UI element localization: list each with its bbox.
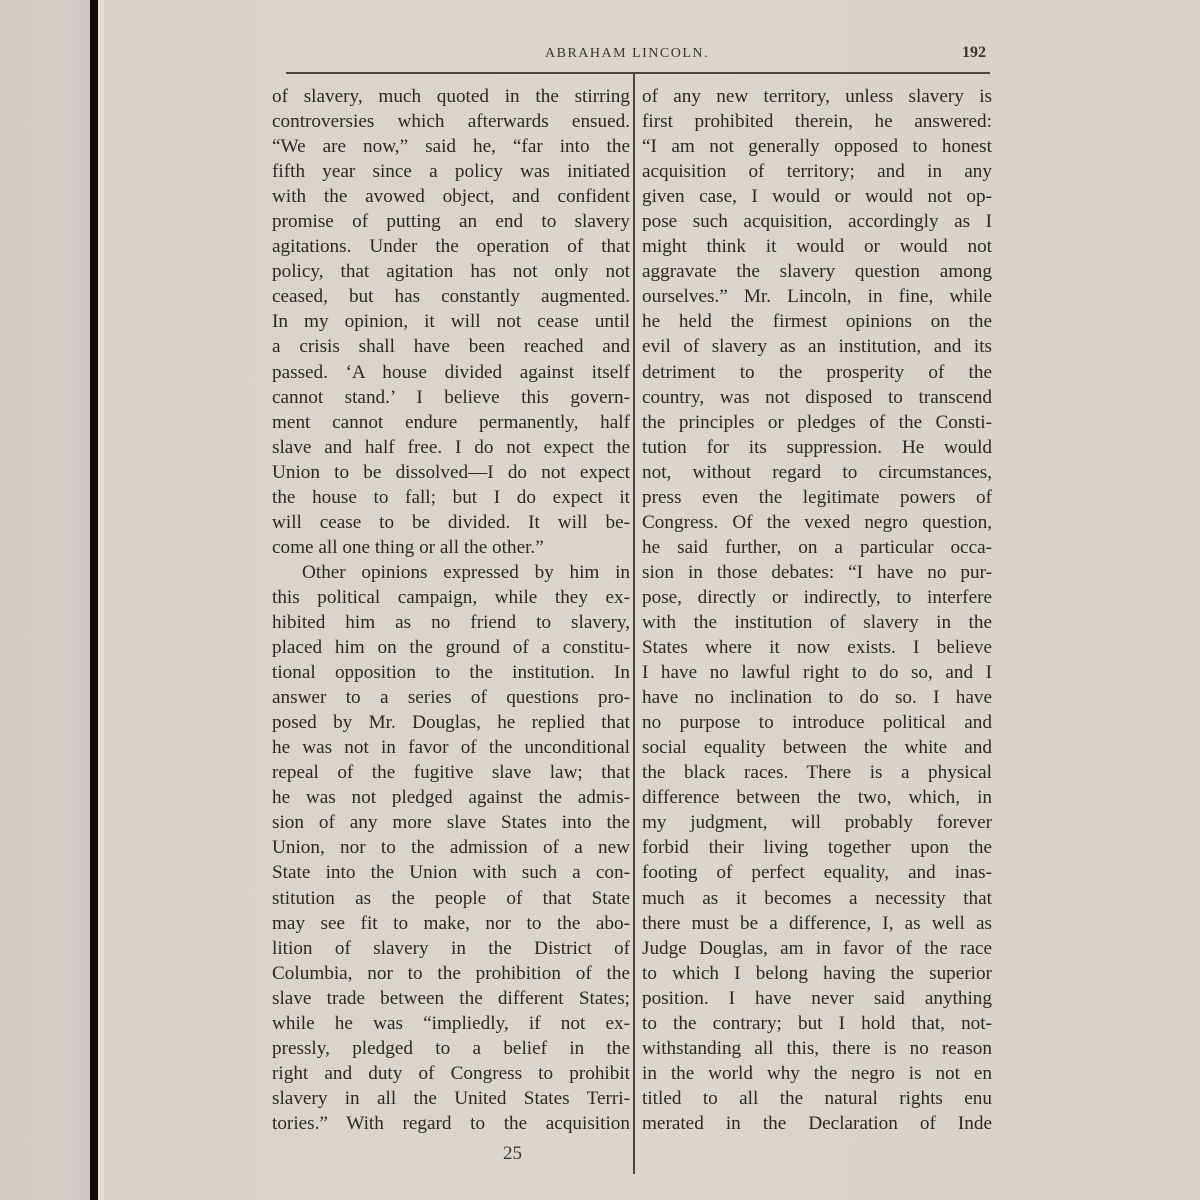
text-line: tories.” With regard to the acquisition [272, 1111, 630, 1136]
text-line: the black races. There is a physical [642, 760, 992, 785]
text-line: he said further, on a particular occa- [642, 535, 992, 560]
text-line: may see fit to make, nor to the abo- [272, 911, 630, 936]
signature-mark: 25 [503, 1143, 522, 1165]
text-line: in the world why the negro is not en [642, 1061, 992, 1086]
text-line: this political campaign, while they ex- [272, 585, 630, 610]
text-line: will cease to be divided. It will be- [272, 510, 630, 535]
text-line: of any new territory, unless slavery is [642, 84, 992, 109]
text-line: footing of perfect equality, and inas- [642, 860, 992, 885]
text-line: States where it now exists. I believe [642, 635, 992, 660]
text-line: posed by Mr. Douglas, he replied that [272, 710, 630, 735]
text-line: Columbia, nor to the prohibition of the [272, 961, 630, 986]
text-line: stitution as the people of that State [272, 886, 630, 911]
text-line: to which I belong having the superior [642, 961, 992, 986]
text-line: the principles or pledges of the Consti- [642, 410, 992, 435]
text-line: first prohibited therein, he answered: [642, 109, 992, 134]
text-line: my judgment, will probably forever [642, 810, 992, 835]
page-number: 192 [962, 44, 986, 62]
text-line: slavery in all the United States Terri- [272, 1086, 630, 1111]
text-line: Congress. Of the vexed negro question, [642, 510, 992, 535]
text-line: sion in those debates: “I have no pur- [642, 560, 992, 585]
text-line: to the contrary; but I hold that, not- [642, 1011, 992, 1036]
text-line: pressly, pledged to a belief in the [272, 1036, 630, 1061]
text-line: controversies which afterwards ensued. [272, 109, 630, 134]
text-line: fifth year since a policy was initiated [272, 159, 630, 184]
text-line: a crisis shall have been reached and [272, 334, 630, 359]
text-line: right and duty of Congress to prohibit [272, 1061, 630, 1086]
text-line: tional opposition to the institution. In [272, 660, 630, 685]
text-line: the house to fall; but I do expect it [272, 485, 630, 510]
running-title: ABRAHAM LINCOLN. [545, 46, 709, 62]
text-line: policy, that agitation has not only not [272, 259, 630, 284]
text-line: evil of slavery as an institution, and i… [642, 334, 992, 359]
text-line: placed him on the ground of a constitu- [272, 635, 630, 660]
header-rule [286, 72, 990, 74]
text-line: promise of putting an end to slavery [272, 209, 630, 234]
text-line: not, without regard to circumstances, [642, 460, 992, 485]
text-line: position. I have never said anything [642, 986, 992, 1011]
text-line: State into the Union with such a con- [272, 860, 630, 885]
text-line: come all one thing or all the other.” [272, 535, 630, 560]
text-line: he was not in favor of the unconditional [272, 735, 630, 760]
text-line: hibited him as no friend to slavery, [272, 610, 630, 635]
text-line: country, was not disposed to transcend [642, 385, 992, 410]
book-gutter [90, 0, 98, 1200]
text-line: no purpose to introduce political and [642, 710, 992, 735]
text-line: agitations. Under the operation of that [272, 234, 630, 259]
facing-page-margin [0, 0, 92, 1200]
text-column-left: of slavery, much quoted in the stirringc… [272, 84, 630, 1136]
text-line: detriment to the prosperity of the [642, 360, 992, 385]
column-divider [633, 74, 635, 1174]
text-line: Other opinions expressed by him in [272, 560, 630, 585]
text-line: ceased, but has constantly augmented. [272, 284, 630, 309]
text-line: withstanding all this, there is no reaso… [642, 1036, 992, 1061]
text-line: ment cannot endure permanently, half [272, 410, 630, 435]
text-line: ourselves.” Mr. Lincoln, in fine, while [642, 284, 992, 309]
text-line: given case, I would or would not op- [642, 184, 992, 209]
text-line: he held the firmest opinions on the [642, 309, 992, 334]
text-line: Union to be dissolved—I do not expect [272, 460, 630, 485]
text-column-right: of any new territory, unless slavery isf… [642, 84, 992, 1136]
text-line: I have no lawful right to do so, and I [642, 660, 992, 685]
text-line: aggravate the slavery question among [642, 259, 992, 284]
text-line: Union, nor to the admission of a new [272, 835, 630, 860]
text-line: tution for its suppression. He would [642, 435, 992, 460]
text-line: passed. ‘A house divided against itself [272, 360, 630, 385]
text-line: repeal of the fugitive slave law; that [272, 760, 630, 785]
text-line: while he was “impliedly, if not ex- [272, 1011, 630, 1036]
text-line: sion of any more slave States into the [272, 810, 630, 835]
text-line: with the institution of slavery in the [642, 610, 992, 635]
text-line: lition of slavery in the District of [272, 936, 630, 961]
text-line: merated in the Declaration of Inde [642, 1111, 992, 1136]
text-line: slave trade between the different States… [272, 986, 630, 1011]
text-line: he was not pledged against the admis- [272, 785, 630, 810]
text-line: cannot stand.’ I believe this govern- [272, 385, 630, 410]
text-line: have no inclination to do so. I have [642, 685, 992, 710]
text-line: titled to all the natural rights enu [642, 1086, 992, 1111]
text-line: with the avowed object, and confident [272, 184, 630, 209]
text-line: press even the legitimate powers of [642, 485, 992, 510]
text-line: acquisition of territory; and in any [642, 159, 992, 184]
text-line: might think it would or would not [642, 234, 992, 259]
text-line: difference between the two, which, in [642, 785, 992, 810]
text-line: pose such acquisition, accordingly as I [642, 209, 992, 234]
text-line: there must be a difference, I, as well a… [642, 911, 992, 936]
text-line: forbid their living together upon the [642, 835, 992, 860]
text-line: pose, directly or indirectly, to interfe… [642, 585, 992, 610]
text-line: answer to a series of questions pro- [272, 685, 630, 710]
text-line: much as it becomes a necessity that [642, 886, 992, 911]
text-line: slave and half free. I do not expect the [272, 435, 630, 460]
text-line: “We are now,” said he, “far into the [272, 134, 630, 159]
text-line: In my opinion, it will not cease until [272, 309, 630, 334]
text-line: “I am not generally opposed to honest [642, 134, 992, 159]
text-line: Judge Douglas, am in favor of the race [642, 936, 992, 961]
text-line: of slavery, much quoted in the stirring [272, 84, 630, 109]
text-line: social equality between the white and [642, 735, 992, 760]
